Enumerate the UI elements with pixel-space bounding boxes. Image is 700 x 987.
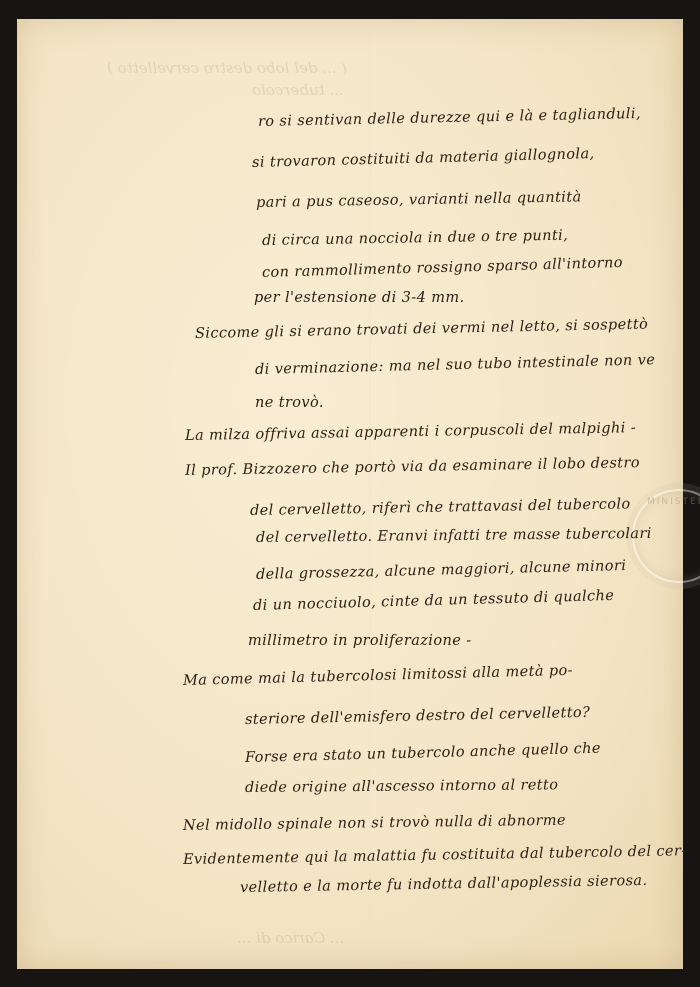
seal-text: MINISTERO <box>647 497 700 507</box>
bleed-through-text: ... tubercolo <box>252 81 344 99</box>
text-line: ne trovò. <box>255 395 324 411</box>
bleed-through-text: ... Carico di ... <box>237 929 344 947</box>
bleed-through-text: ( ... del lobo destro cervelletto ) <box>107 59 347 77</box>
text-line: millimetro in proliferazione - <box>248 633 472 649</box>
text-line: diede origine all'ascesso intorno al ret… <box>245 777 559 796</box>
text-line: per l'estensione di 3-4 mm. <box>254 290 465 306</box>
